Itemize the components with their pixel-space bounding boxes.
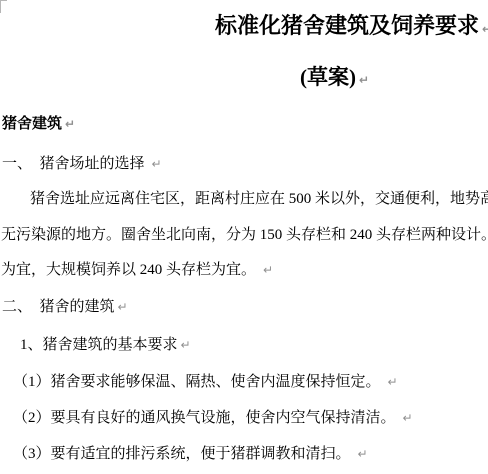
paragraph-mark-icon: ↵ xyxy=(152,157,162,171)
list-item-text: （2）要具有良好的通风换气设施，使舍内空气保持清洁。 xyxy=(13,410,396,426)
paragraph-line: 猪舍选址应远离住宅区，距离村庄应在 500 米以外，交通便利，地势高燥， xyxy=(30,191,488,208)
doc-title: 标准化猪舍建筑及饲养要求↵ xyxy=(215,13,488,38)
list-item: （2）要具有良好的通风换气设施，使舍内空气保持清洁。↵ xyxy=(13,410,413,427)
paragraph-mark-icon: ↵ xyxy=(181,338,191,352)
paragraph-mark-icon: ↵ xyxy=(358,447,368,461)
section1-title-text: 一、 猪舍场址的选择 xyxy=(2,156,145,172)
paragraph-mark-icon: ↵ xyxy=(263,263,273,277)
section2-title-text: 二、 猪舍的建筑 xyxy=(2,299,115,315)
list-item: （1）猪舍要求能够保温、隔热、使舍内温度保持恒定。↵ xyxy=(13,374,398,391)
paragraph-mark-icon: ↵ xyxy=(118,300,128,314)
paragraph-mark-icon: ↵ xyxy=(482,22,488,36)
paragraph-line: 无污染源的地方。圈舍坐北向南，分为 150 头存栏和 240 头存栏两种设计。小… xyxy=(1,227,488,244)
section2-title-line: 二、 猪舍的建筑↵ xyxy=(2,299,128,316)
paragraph-mark-icon: ↵ xyxy=(359,73,369,87)
subsection1-title-text: 1、猪舍建筑的基本要求 xyxy=(20,337,178,353)
doc-subtitle: (草案)↵ xyxy=(300,65,369,89)
list-item: （3）要有适宜的排污系统，便于猪群调教和清扫。↵ xyxy=(13,446,368,463)
section1-title-line: 一、 猪舍场址的选择↵ xyxy=(2,156,162,173)
section-heading: 猪舍建筑↵ xyxy=(2,116,75,133)
section-heading-text: 猪舍建筑 xyxy=(2,116,62,132)
paragraph-text: 猪舍选址应远离住宅区，距离村庄应在 500 米以外，交通便利，地势高燥， xyxy=(30,191,488,207)
paragraph-line: 为宜，大规模饲养以 240 头存栏为宜。↵ xyxy=(1,262,273,279)
paragraph-mark-icon: ↵ xyxy=(65,117,75,131)
doc-subtitle-text: (草案) xyxy=(300,65,356,89)
document-page[interactable]: 标准化猪舍建筑及饲养要求↵ (草案)↵ 猪舍建筑↵ 一、 猪舍场址的选择↵ 猪舍… xyxy=(0,0,488,474)
list-item-text: （3）要有适宜的排污系统，便于猪群调教和清扫。 xyxy=(13,446,351,462)
list-item-text: （1）猪舍要求能够保温、隔热、使舍内温度保持恒定。 xyxy=(13,374,381,390)
paragraph-text: 无污染源的地方。圈舍坐北向南，分为 150 头存栏和 240 头存栏两种设计。小… xyxy=(1,227,488,243)
doc-title-text: 标准化猪舍建筑及饲养要求 xyxy=(215,13,479,38)
margin-corner-mark xyxy=(0,0,7,13)
paragraph-text: 为宜，大规模饲养以 240 头存栏为宜。 xyxy=(1,262,256,278)
subsection1-title-line: 1、猪舍建筑的基本要求↵ xyxy=(20,337,191,354)
paragraph-mark-icon: ↵ xyxy=(403,411,413,425)
paragraph-mark-icon: ↵ xyxy=(388,375,398,389)
